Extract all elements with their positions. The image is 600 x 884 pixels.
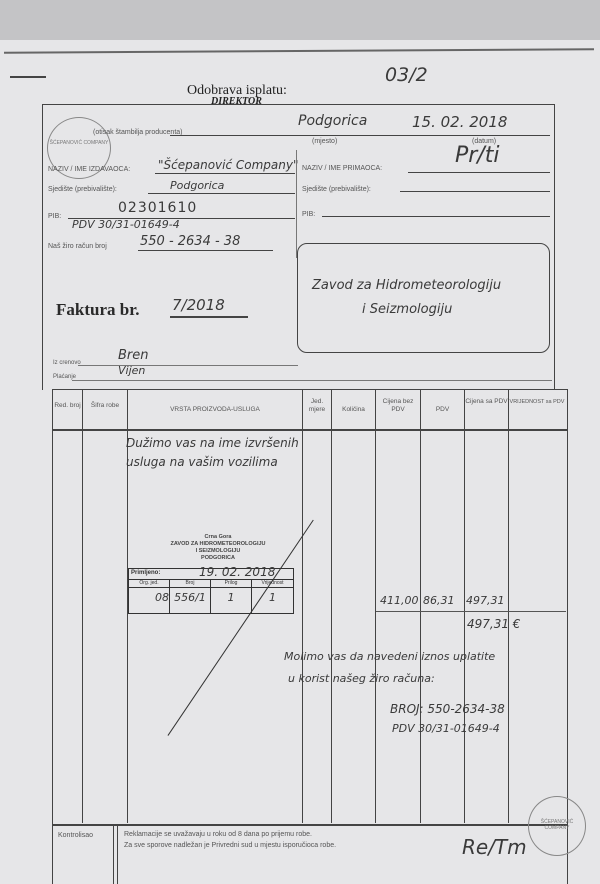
recipient-divider	[296, 150, 297, 258]
received-stamp-line2: ZAVOD ZA HIDROMETEOROLOGIJU	[128, 541, 308, 548]
col-line	[464, 389, 465, 823]
complaint-note: Reklamacije se uvažavaju u roku od 8 dan…	[124, 831, 312, 838]
col-header-price-vat: Cijena sa PDV	[465, 398, 508, 406]
price-with-vat: 497,31	[466, 594, 505, 607]
supplier-stamp-text: ŠĆEPANOVIĆ COMPANY	[529, 819, 585, 831]
received-stamp-box: Primljeno: 19. 02. 2018 Org. jed. Broj P…	[128, 568, 294, 614]
issuer-name-line	[155, 173, 295, 174]
received-col-header: Org. jed.	[129, 580, 169, 586]
issuer-name-label: NAZIV / IME IZDAVAOCA:	[48, 166, 130, 173]
recipient-pib-label: PIB:	[302, 211, 315, 218]
col-line	[508, 389, 509, 823]
col-header-rb: Red. broj	[53, 402, 82, 410]
received-stamp-header: Crna Gora ZAVOD ZA HIDROMETEOROLOGIJU I …	[128, 534, 308, 562]
payment-pdv: PDV 30/31-01649-4	[392, 722, 500, 735]
footer-signature: Re/Tm	[462, 835, 527, 859]
item-description-line1: Dužimo vas na ime izvršenih	[126, 436, 299, 450]
stamp-line	[170, 135, 550, 136]
recipient-name-line	[408, 172, 550, 173]
issuer-name-value: "Šćepanović Company"	[158, 158, 299, 172]
received-col-value: 556/1	[170, 591, 210, 604]
col-header-value-vat: VRIJEDNOST sa PDV	[509, 398, 565, 406]
received-stamp-line3: I SEIZMOLOGIJU	[128, 548, 308, 555]
received-col-value: 08	[129, 591, 169, 604]
invoice-number-underline	[170, 316, 248, 318]
col-line	[375, 389, 376, 823]
payment-signature: Vijen	[118, 364, 145, 377]
col-line	[302, 389, 303, 823]
controlled-label: Kontrolisao	[58, 832, 93, 839]
vat-amount: 86,31	[423, 594, 455, 607]
received-col-header: Prilog	[211, 580, 251, 586]
footer-divider	[117, 825, 118, 884]
issuer-pib-label: PIB:	[48, 213, 61, 220]
payment-line	[72, 380, 552, 381]
addressee-box: Zavod za Hidrometeorologiju i Seizmologi…	[297, 243, 550, 353]
invoice-number: 7/2018	[172, 296, 225, 314]
received-stamp-line1: Crna Gora	[128, 534, 308, 541]
issuer-pib-value: 02301610	[118, 200, 197, 216]
col-header-unit: Jed. mjere	[303, 398, 331, 414]
col-header-vat: PDV	[421, 406, 464, 414]
recipient-signature: Pr/ti	[455, 143, 499, 168]
received-col-header: Broj	[170, 580, 210, 586]
issuer-account-label: Naš žiro račun broj	[48, 243, 107, 250]
scan-background	[0, 0, 600, 40]
payment-note-line1: Molimo vas da navedeni iznos uplatite	[284, 650, 495, 663]
col-line	[420, 389, 421, 823]
col-line	[82, 389, 83, 823]
issuer-seat-line	[148, 193, 295, 194]
place-value: Podgorica	[298, 113, 367, 129]
issued-by-label: Iz crenovo	[53, 360, 81, 366]
invoice-total: 497,31 €	[467, 617, 520, 631]
issued-by-line	[78, 365, 298, 366]
issued-by-signature: Bren	[118, 348, 149, 363]
place-label: (mjesto)	[312, 138, 337, 145]
received-date: 19. 02. 2018	[199, 565, 275, 579]
col-header-price-no-vat: Cijena bez PDV	[376, 398, 420, 414]
invoice-label: Faktura br.	[56, 300, 139, 320]
recipient-name-label: NAZIV / IME PRIMAOCA:	[302, 165, 382, 172]
issuer-stamp-text: ŠĆEPANOVIĆ COMPANY	[48, 140, 110, 146]
col-header-code: Šifra robe	[83, 402, 127, 410]
price-without-vat: 411,00	[380, 594, 419, 607]
supplier-stamp: ŠĆEPANOVIĆ COMPANY	[528, 796, 586, 856]
issuer-account-value: 550 - 2634 - 38	[140, 234, 240, 249]
issuer-account-line	[138, 250, 273, 251]
payment-account: BROJ: 550-2634-38	[390, 702, 505, 716]
addressee-line1: Zavod za Hidrometeorologiju	[312, 278, 501, 293]
recipient-seat-line	[400, 191, 550, 192]
col-line	[331, 389, 332, 823]
issuer-pdv-value: PDV 30/31-01649-4	[72, 218, 180, 231]
col-header-description: VRSTA PROIZVODA-USLUGA	[128, 406, 302, 414]
addressee-line2: i Seizmologiju	[362, 302, 452, 317]
col-header-quantity: Količina	[332, 406, 375, 414]
recipient-pib-line	[322, 216, 550, 217]
reference-number: 03/2	[385, 64, 428, 86]
margin-mark	[10, 76, 46, 78]
recipient-seat-label: Sjedište (prebivalište):	[302, 186, 371, 193]
date-value: 15. 02. 2018	[412, 113, 507, 131]
table-header-divider	[52, 429, 568, 431]
payment-note-line2: u korist našeg žiro računa:	[288, 672, 435, 685]
row-underline	[376, 611, 566, 612]
footer-divider	[113, 825, 114, 884]
court-note: Za sve sporove nadležan je Privredni sud…	[124, 842, 336, 849]
item-description-line2: usluga na vašim vozilima	[126, 455, 278, 469]
issuer-seat-value: Podgorica	[170, 179, 224, 192]
issuer-seat-label: Sjedište (prebivalište):	[48, 186, 117, 193]
received-label: Primljeno:	[131, 570, 160, 576]
received-col-value: 1	[211, 591, 251, 604]
received-stamp-line4: PODGORICA	[128, 555, 308, 562]
